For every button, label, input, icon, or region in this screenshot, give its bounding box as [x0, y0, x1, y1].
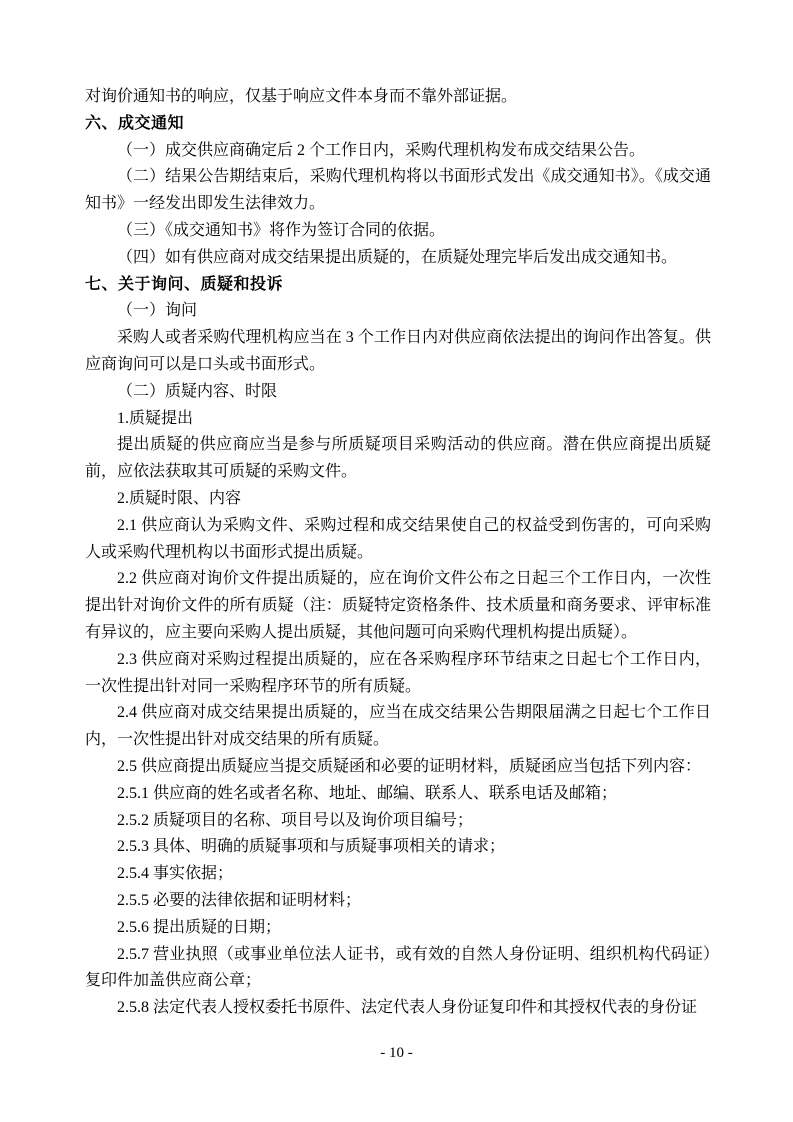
- paragraph: 2.5.1 供应商的姓名或者名称、地址、邮编、联系人、联系电话及邮箱；: [85, 781, 711, 808]
- paragraph: 2.5 供应商提出质疑应当提交质疑函和必要的证明材料，质疑函应当包括下列内容：: [85, 754, 711, 781]
- section-heading: 六、成交通知: [85, 111, 711, 138]
- paragraph: 2.5.7 营业执照（或事业单位法人证书，或有效的自然人身份证明、组织机构代码证…: [85, 942, 711, 996]
- paragraph: （二）质疑内容、时限: [85, 379, 711, 406]
- paragraph: （一）询问: [85, 298, 711, 325]
- paragraph: 2.4 供应商对成交结果提出质疑的，应当在成交结果公告期限届满之日起七个工作日内…: [85, 700, 711, 754]
- section-heading: 七、关于询问、质疑和投诉: [85, 272, 711, 299]
- paragraph: 2.5.5 必要的法律依据和证明材料；: [85, 888, 711, 915]
- paragraph: 提出质疑的供应商应当是参与所质疑项目采购活动的供应商。潜在供应商提出质疑前，应依…: [85, 432, 711, 486]
- document-page: 对询价通知书的响应，仅基于响应文件本身而不靠外部证据。六、成交通知（一）成交供应…: [0, 0, 793, 1122]
- paragraph: （三）《成交通知书》将作为签订合同的依据。: [85, 218, 711, 245]
- paragraph: 2.5.3 具体、明确的质疑事项和与质疑事项相关的请求；: [85, 834, 711, 861]
- paragraph: 2.质疑时限、内容: [85, 486, 711, 513]
- paragraph: 对询价通知书的响应，仅基于响应文件本身而不靠外部证据。: [85, 84, 711, 111]
- paragraph: 2.1 供应商认为采购文件、采购过程和成交结果使自己的权益受到伤害的，可向采购人…: [85, 513, 711, 567]
- paragraph: （四）如有供应商对成交结果提出质疑的，在质疑处理完毕后发出成交通知书。: [85, 245, 711, 272]
- paragraph: 2.5.8 法定代表人授权委托书原件、法定代表人身份证复印件和其授权代表的身份证: [85, 995, 711, 1022]
- paragraph: 1.质疑提出: [85, 406, 711, 433]
- paragraph: 2.2 供应商对询价文件提出质疑的，应在询价文件公布之日起三个工作日内，一次性提…: [85, 566, 711, 646]
- page-number: - 10 -: [0, 1042, 793, 1064]
- paragraph: 2.3 供应商对采购过程提出质疑的，应在各采购程序环节结束之日起七个工作日内，一…: [85, 647, 711, 701]
- paragraph: 采购人或者采购代理机构应当在 3 个工作日内对供应商依法提出的询问作出答复。供应…: [85, 325, 711, 379]
- paragraph: 2.5.4 事实依据；: [85, 861, 711, 888]
- paragraph: （二）结果公告期结束后，采购代理机构将以书面形式发出《成交通知书》。《成交通知书…: [85, 164, 711, 218]
- paragraph: （一）成交供应商确定后 2 个工作日内，采购代理机构发布成交结果公告。: [85, 138, 711, 165]
- document-body: 对询价通知书的响应，仅基于响应文件本身而不靠外部证据。六、成交通知（一）成交供应…: [85, 84, 711, 1022]
- paragraph: 2.5.6 提出质疑的日期；: [85, 915, 711, 942]
- paragraph: 2.5.2 质疑项目的名称、项目号以及询价项目编号；: [85, 808, 711, 835]
